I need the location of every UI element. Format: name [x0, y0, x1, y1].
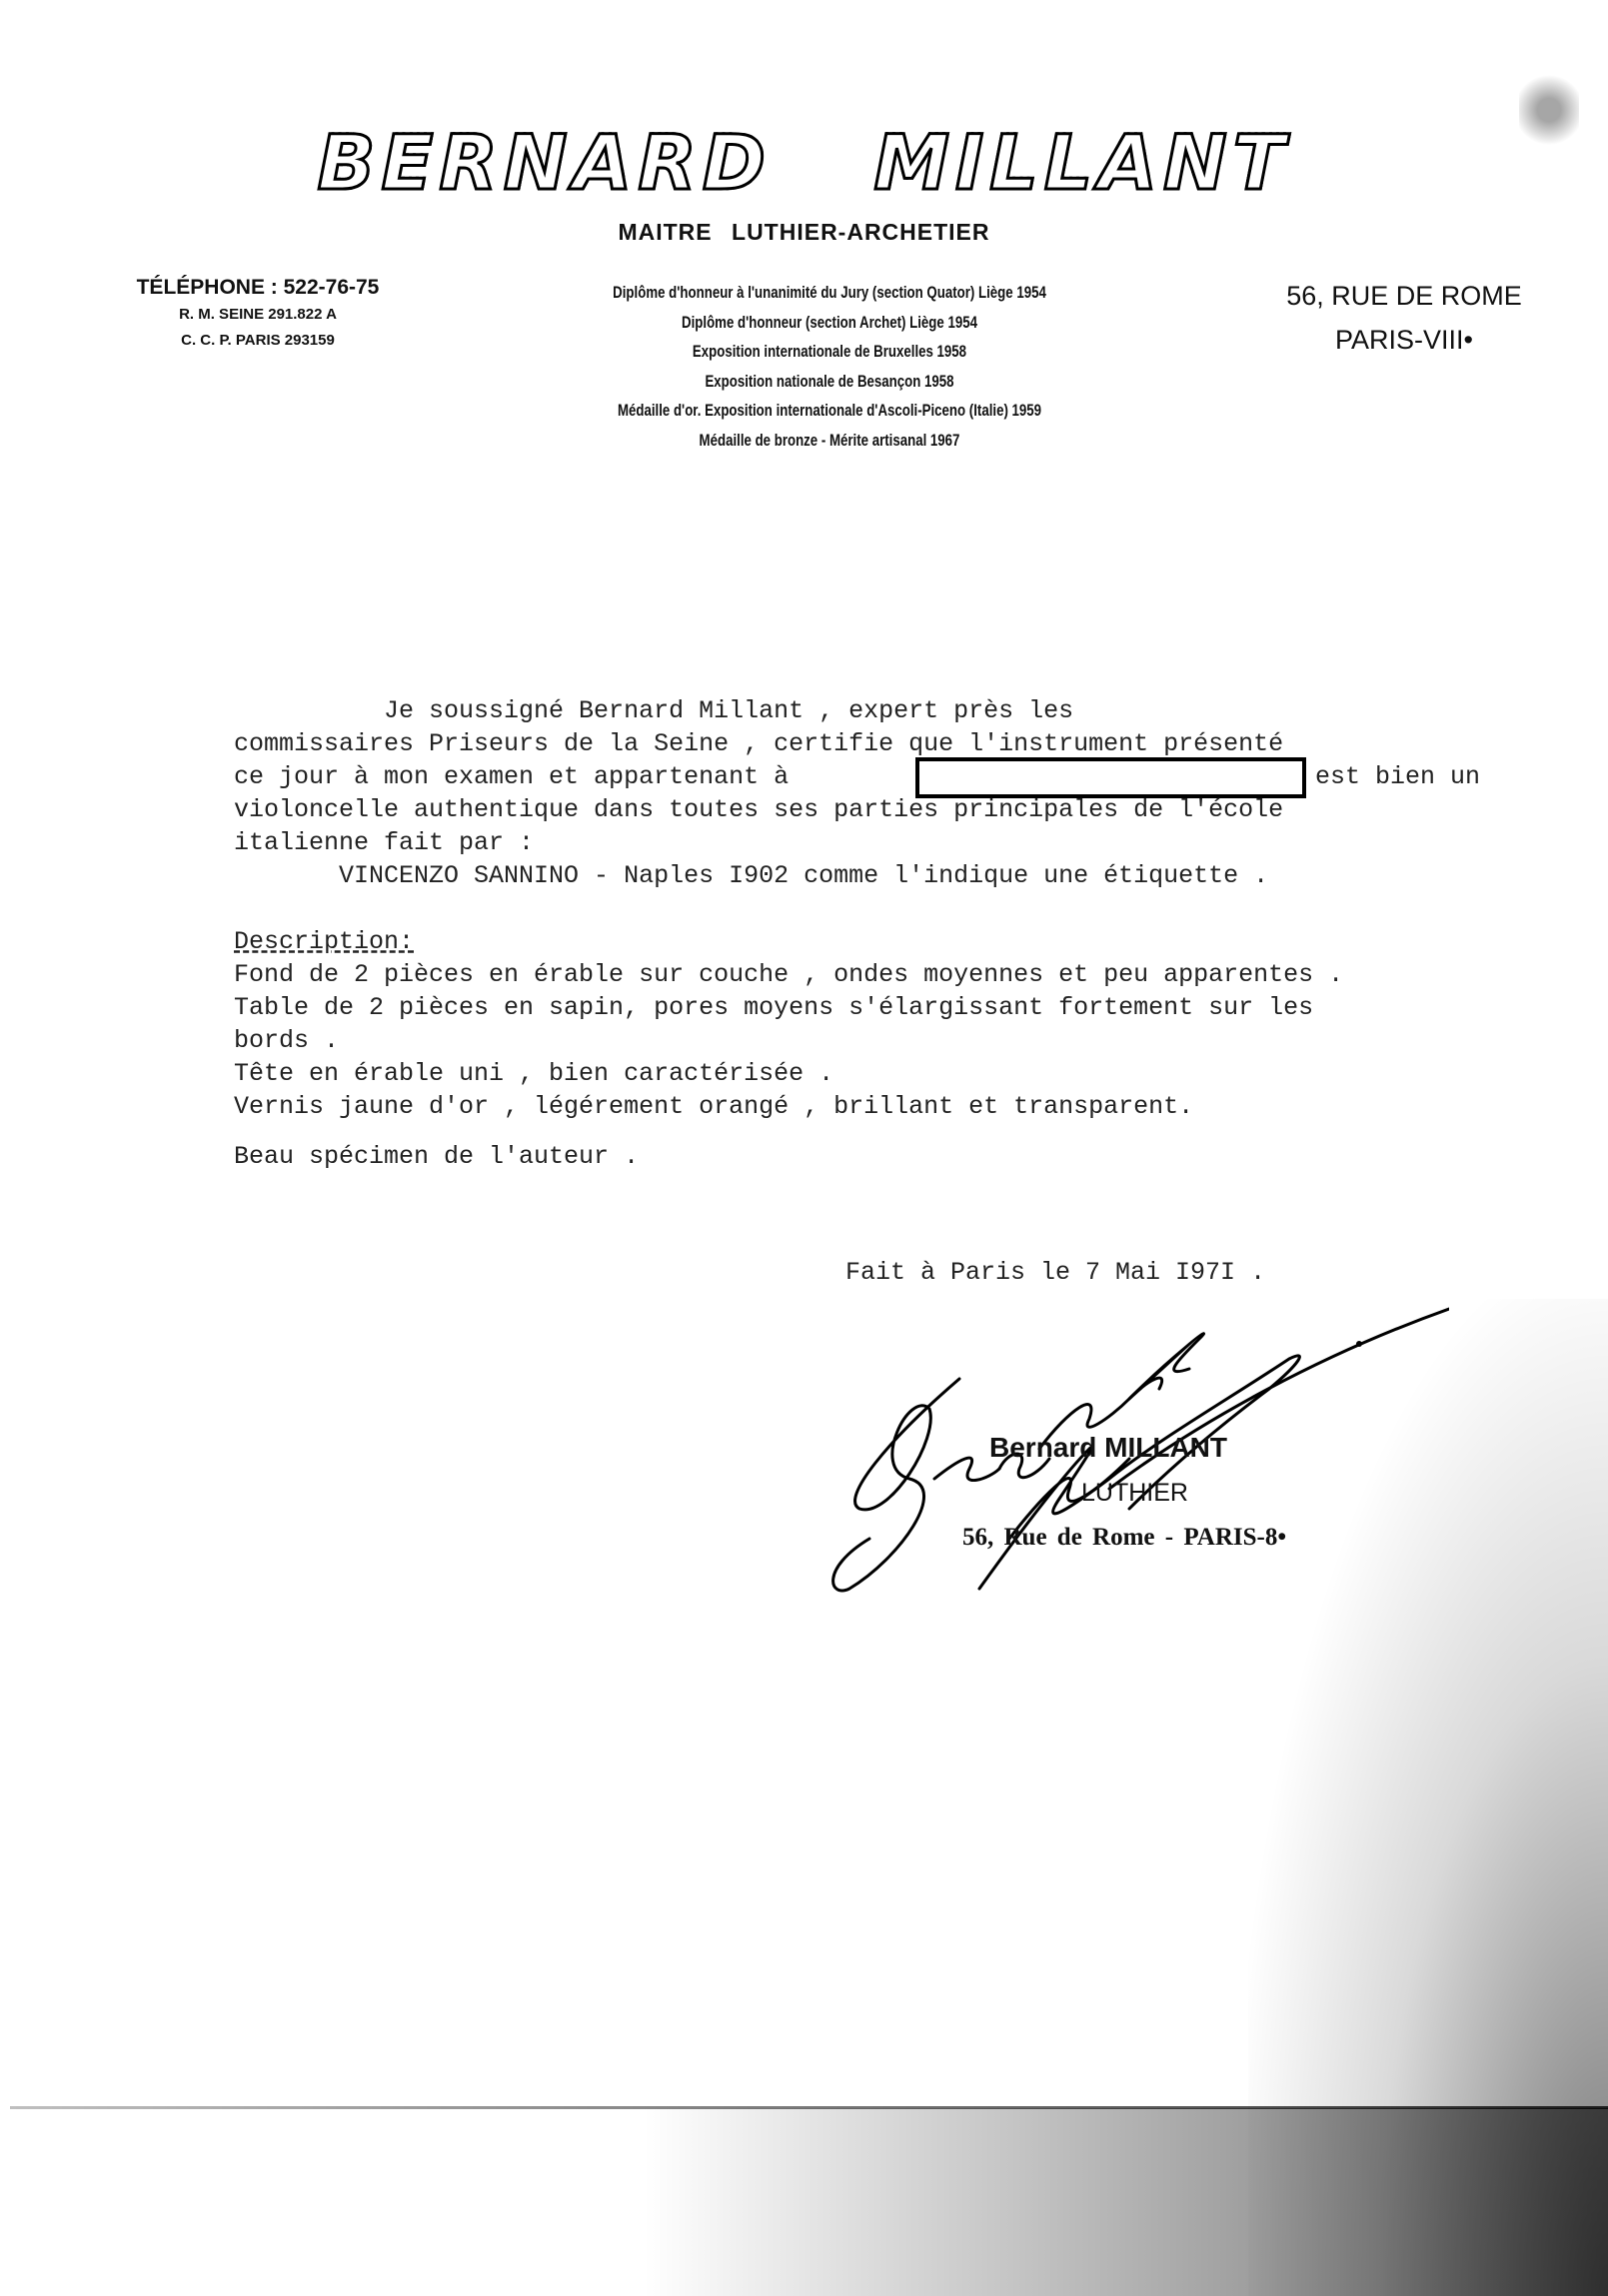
award-item: Diplôme d'honneur (section Archet) Liège…: [596, 308, 1063, 338]
postal-account: C. C. P. PARIS 293159: [118, 328, 398, 354]
fold-line: [10, 2106, 1608, 2109]
description-line: Tête en érable uni , bien caractérisée .: [234, 1059, 833, 1088]
award-item: Médaille de bronze - Mérite artisanal 19…: [596, 426, 1063, 456]
closing-line: Beau spécimen de l'auteur .: [234, 1142, 639, 1171]
registry-number: R. M. SEINE 291.822 A: [118, 302, 398, 328]
award-item: Médaille d'or. Exposition internationale…: [596, 396, 1063, 426]
awards-list: Diplôme d'honneur à l'unanimité du Jury …: [596, 278, 1063, 455]
body-line: Je soussigné Bernard Millant , expert pr…: [234, 696, 1073, 725]
body-line: commissaires Priseurs de la Seine , cert…: [234, 729, 1283, 758]
address-street: 56, RUE DE ROME: [1259, 274, 1549, 318]
description-line: Vernis jaune d'or , légérement orangé , …: [234, 1092, 1193, 1121]
redaction-box: [915, 757, 1306, 798]
address-block: 56, RUE DE ROME PARIS-VIII•: [1259, 274, 1549, 362]
description-line: Table de 2 pièces en sapin, pores moyens…: [234, 993, 1313, 1022]
description-heading: Description:: [234, 927, 414, 956]
body-line: italienne fait par :: [234, 828, 534, 857]
body-line: ce jour à mon examen et appartenant à: [234, 762, 789, 791]
address-city: PARIS-VIII•: [1259, 318, 1549, 362]
award-item: Exposition nationale de Besançon 1958: [596, 367, 1063, 397]
description-line: bords .: [234, 1026, 339, 1055]
stamp-name: Bernard MILLANT: [989, 1432, 1227, 1464]
contact-block: TÉLÉPHONE : 522-76-75 R. M. SEINE 291.82…: [118, 274, 398, 354]
award-item: Exposition internationale de Bruxelles 1…: [596, 337, 1063, 367]
description-line: Fond de 2 pièces en érable sur couche , …: [234, 960, 1343, 989]
body-line-suffix: est bien un: [1315, 762, 1480, 791]
maker-line: VINCENZO SANNINO - Naples I902 comme l'i…: [234, 861, 1268, 890]
body-line: violoncelle authentique dans toutes ses …: [234, 795, 1283, 824]
stamp-role: LUTHIER: [1081, 1479, 1188, 1508]
telephone: TÉLÉPHONE : 522-76-75: [118, 274, 398, 302]
award-item: Diplôme d'honneur à l'unanimité du Jury …: [596, 278, 1063, 308]
scan-noise-bottom: [0, 2108, 1608, 2296]
stamp-address: 56, Rue de Rome - PARIS-8•: [962, 1524, 1286, 1552]
letterhead-brand: BERNARD MILLANT: [0, 118, 1608, 207]
date-line: Fait à Paris le 7 Mai I97I .: [845, 1258, 1265, 1287]
letterhead-subtitle: MAITRE LUTHIER-ARCHETIER: [0, 219, 1608, 246]
